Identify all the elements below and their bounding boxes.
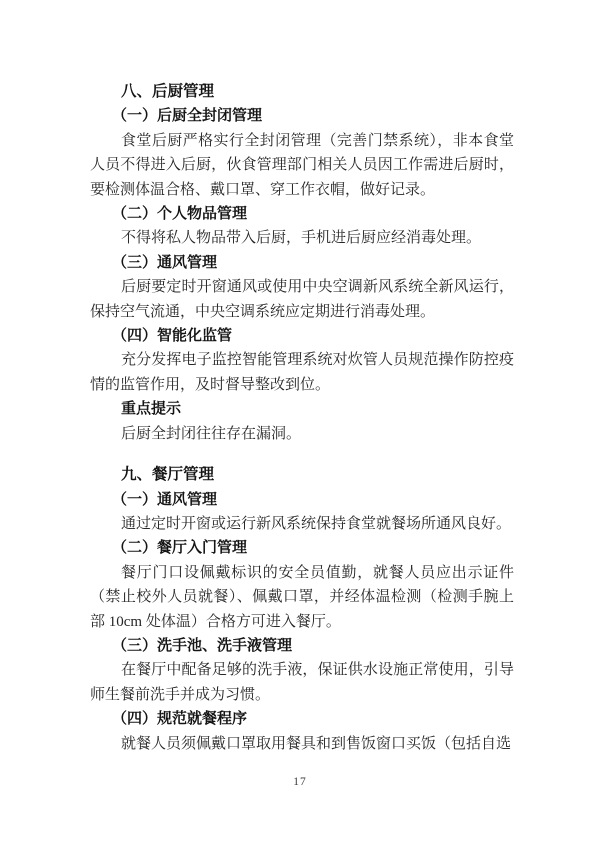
sub-heading: （二）个人物品管理 [90,202,514,226]
document-body: 八、后厨管理（一）后厨全封闭管理食堂后厨严格实行全封闭管理（完善门禁系统），非本… [90,80,514,756]
paragraph: 通过定时开窗或运行新风系统保持食堂就餐场所通风良好。 [90,512,514,536]
sub-heading: （四）智能化监管 [90,324,514,348]
sub-heading: （四）规范就餐程序 [90,707,514,731]
sub-heading: （一）通风管理 [90,488,514,512]
paragraph: 食堂后厨严格实行全封闭管理（完善门禁系统），非本食堂人员不得进入后厨，伙食管理部… [90,129,514,202]
sub-heading: （二）餐厅入门管理 [90,536,514,560]
paragraph: 后厨要定时开窗通风或使用中央空调新风系统全新风运行，保持空气流通，中央空调系统应… [90,275,514,324]
sub-heading: （三）通风管理 [90,251,514,275]
page-number: 17 [0,776,600,788]
sub-heading: （一）后厨全封闭管理 [90,104,514,128]
section-heading: 八、后厨管理 [90,80,514,104]
paragraph: 餐厅门口设佩戴标识的安全员值勤，就餐人员应出示证件（禁止校外人员就餐）、佩戴口罩… [90,561,514,634]
paragraph: 充分发挥电子监控智能管理系统对炊管人员规范操作防控疫情的监管作用，及时督导整改到… [90,348,514,397]
sub-heading: 重点提示 [90,397,514,421]
paragraph: 后厨全封闭往往存在漏洞。 [90,422,514,446]
paragraph: 就餐人员须佩戴口罩取用餐具和到售饭窗口买饭（包括自选 [90,732,514,756]
paragraph: 在餐厅中配备足够的洗手液，保证供水设施正常使用，引导师生餐前洗手并成为习惯。 [90,658,514,707]
document-page: 八、后厨管理（一）后厨全封闭管理食堂后厨严格实行全封闭管理（完善门禁系统），非本… [0,0,600,848]
paragraph: 不得将私人物品带入后厨，手机进后厨应经消毒处理。 [90,226,514,250]
section-heading: 九、餐厅管理 [90,463,514,487]
sub-heading: （三）洗手池、洗手液管理 [90,634,514,658]
